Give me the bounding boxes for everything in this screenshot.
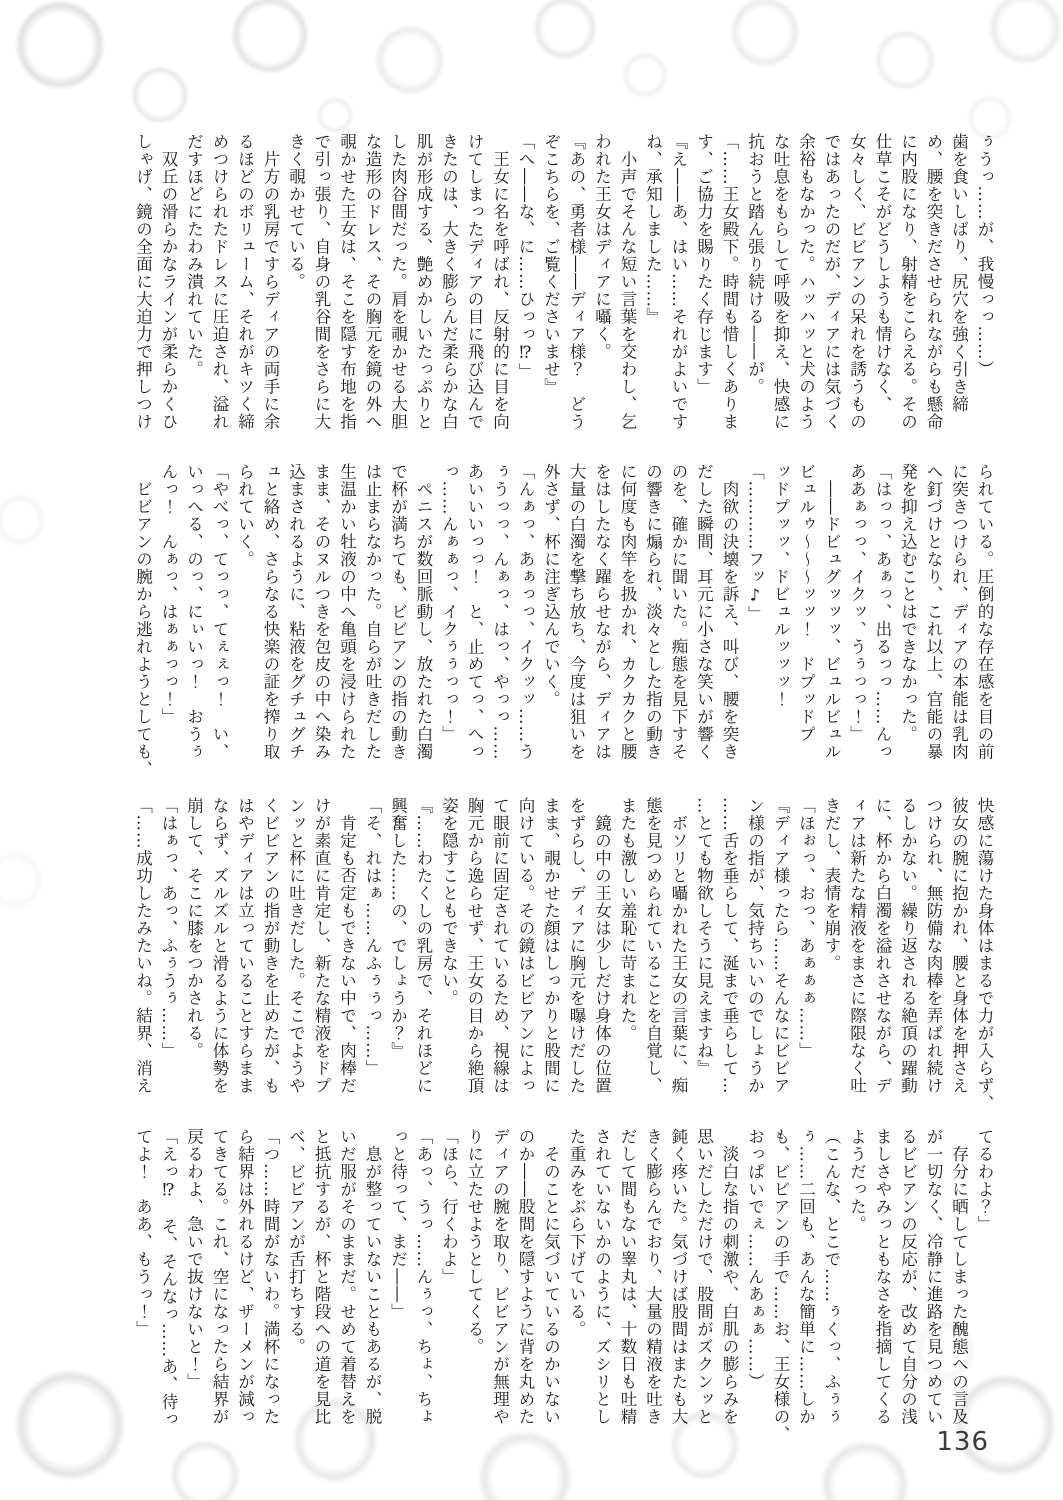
text-column: っと待って、まだ――」	[385, 1128, 411, 1444]
text-column: す、ご協力を賜りたく存じます」	[691, 133, 717, 449]
text-column: きく膨らんでおり、大量の精液を吐き	[640, 1128, 666, 1444]
text-column: んっ！ んぁっ、はぁぁっっ！」	[156, 463, 182, 779]
text-column: 外さず、杯に注ぎ込んでいく。	[538, 463, 564, 779]
text-column: 向けている。その鏡はビビアンによっ	[513, 797, 539, 1113]
text-column: しゃげ、鏡の全面に大迫力で押しつけ	[130, 133, 156, 449]
text-column: ペニスが数回脈動し、放たれた白濁	[411, 463, 437, 779]
text-column: 「やべっ、てっっ、てぇぇっ！ い、	[207, 463, 233, 779]
text-column: めつけられたドレスに圧迫され、溢れ	[207, 133, 233, 449]
text-column: ボソリと囁かれた王女の言葉に、痴	[666, 797, 692, 1113]
text-column: した肉谷間だった。肩を覗かせる大胆	[385, 133, 411, 449]
text-column: で引っ張り、自身の乳谷間をさらに大	[309, 133, 335, 449]
text-column: 覗かせた王女は、そこを隠す布地を指	[334, 133, 360, 449]
text-column: 余裕もなかった。ハッハッと犬のよう	[793, 133, 819, 449]
text-column: 生温かい牡液の中へ亀頭を浸けられた	[334, 463, 360, 779]
text-column: つけられ、無防備な肉棒を弄ばれ続け	[921, 797, 947, 1113]
text-column: ようだった。	[844, 1128, 870, 1444]
text-column: だした瞬間、耳元に小さな笑いが響く	[691, 463, 717, 779]
text-column: 胸元から逸らせず、王女の目から絶頂	[462, 797, 488, 1113]
text-column: ュと絡め、さらなる快楽の証を搾り取	[258, 463, 284, 779]
text-column: 抗おうと踏ん張り続ける――が。	[742, 133, 768, 449]
text-column: いっへる、のっ、にぃいっ！ おうぅ	[181, 463, 207, 779]
text-column: ね、承知しました……』	[640, 133, 666, 449]
text-column: ではあったのだが、ディアには気づく	[819, 133, 845, 449]
text-column: 興奮した……の、でしょうか？』	[385, 797, 411, 1113]
text-column: 「へ――な、に……ひっっ⁉」	[513, 133, 539, 449]
text-column: が一切なく、冷静に進路を見つめてい	[921, 1128, 947, 1444]
text-column: ビュルゥ〜〜〜ッッ！ ドプッドプ	[793, 463, 819, 779]
text-column: ぅうっ……が、我慢っっ……）	[972, 133, 998, 449]
text-column: 『……わたくしの乳房で、それほどに	[411, 797, 437, 1113]
page-number: 136	[936, 1427, 989, 1457]
text-column: おっぱいでぇ……んあぁぁ……）	[742, 1128, 768, 1444]
text-column: 「はっっ、あぁっ、出るっっ……んっ	[870, 463, 896, 779]
text-column: ぅ……二回も、あんな簡単に……しか	[793, 1128, 819, 1444]
text-column: ――ドビュグッッッ、ビュルビュル	[819, 463, 845, 779]
text-column: またも激しい羞恥に苛まれた。	[615, 797, 641, 1113]
text-column: てきてる。これ、空になったら結界が	[207, 1128, 233, 1444]
text-column: をずらし、ディアに胸元を曝けだした	[564, 797, 590, 1113]
text-column: ……舌を垂らして、涎まで垂らして…	[717, 797, 743, 1113]
text-column: はやディアは立っていることすらまま	[232, 797, 258, 1113]
text-column: の響きに煽られ、淡々とした指の動き	[640, 463, 666, 779]
text-column: られていく。	[232, 463, 258, 779]
text-band-3: 快感に蕩けた身体はまるで力が入らず、彼女の腕に抱かれ、腰と身体を押さえつけられ、…	[130, 797, 997, 1113]
text-column: 「……成功したみたいね。結界、消え	[130, 797, 156, 1113]
text-band-2: られている。圧倒的な存在感を目の前に突きつけられ、ディアの本能は乳肉へ釘づけとな…	[130, 463, 997, 779]
text-column: ッドプッッ、ドビュルッッッ！	[768, 463, 794, 779]
text-column: 大量の白濁を撃ち放ち、今度は狙いを	[564, 463, 590, 779]
text-column: をはしたなく躍らせながら、ディアは	[589, 463, 615, 779]
text-column: 発を抑え込むことはできなかった。	[895, 463, 921, 779]
text-column: けが素直に肯定し、新たな精液をドプ	[309, 797, 335, 1113]
text-column: ン様の指が、気持ちいいのでしょうか	[742, 797, 768, 1113]
text-column: そのことに気づいているのかいない	[538, 1128, 564, 1444]
text-column: ンッと杯に吐きだした。そこでようや	[283, 797, 309, 1113]
text-column: べ、ビビアンが舌打ちする。	[283, 1128, 309, 1444]
text-column: 小声でそんな短い言葉を交わし、乞	[615, 133, 641, 449]
text-column: されていないかのように、ズシリとし	[589, 1128, 615, 1444]
text-column: るほどのボリューム、それがキツく締	[232, 133, 258, 449]
text-column: 鏡の中の王女は少しだけ身体の位置	[589, 797, 615, 1113]
text-column: 「…………フッ♪」	[742, 463, 768, 779]
text-column: まま、覗かせた顔はしっかりと股間に	[538, 797, 564, 1113]
text-column: ならず、ズルズルと滑るように体勢を	[207, 797, 233, 1113]
text-column: きだし、表情を崩す。	[819, 797, 845, 1113]
text-column: るビビアンの反応が、改めて自分の浅	[895, 1128, 921, 1444]
text-column: きたのは、大きく膨らんだ柔らかな白	[436, 133, 462, 449]
text-column: 仕草こそがどうしようも情けなく、	[870, 133, 896, 449]
text-column: に内股になり、射精をこらえる。その	[895, 133, 921, 449]
text-column: てよ！ ああ、もうっ！」	[130, 1128, 156, 1444]
text-column: て眼前に固定されているため、視線は	[487, 797, 513, 1113]
text-column: 「つ……時間がないわ。満杯になった	[258, 1128, 284, 1444]
text-column: 「ほぉっ、おっ、あぁぁぁ……」	[793, 797, 819, 1113]
text-column: あいいいっっ！ と、止めてっ、へっ	[462, 463, 488, 779]
text-column: ら結界は外れるけど、ザーメンが減っ	[232, 1128, 258, 1444]
text-column: （こんな、とこで……ぅくっ、ふぅぅ	[819, 1128, 845, 1444]
text-column: に、杯から白濁を溢れさせながら、デ	[870, 797, 896, 1113]
text-column: 「あっ、うっ……んぅっ、ちょ、ちょ	[411, 1128, 437, 1444]
text-column: 「そ、れはぁ……んふぅぅっ……」	[360, 797, 386, 1113]
text-column: られている。圧倒的な存在感を目の前	[972, 463, 998, 779]
text-column: は止まらなかった。自らが吐きだした	[360, 463, 386, 779]
text-column: ディアの腕を取り、ビビアンが無理や	[487, 1128, 513, 1444]
page: ぅうっ……が、我慢っっ……）歯を食いしばり、尻穴を強く引き締め、腰を突きださせら…	[0, 0, 1063, 1500]
text-column: 双丘の滑らかなラインが柔らかくひ	[156, 133, 182, 449]
text-column: いだ服がそのままだ。せめて着替えを	[334, 1128, 360, 1444]
text-column: 姿を隠すこともできない。	[436, 797, 462, 1113]
text-column: め、腰を突きださせられながらも懸命	[921, 133, 947, 449]
text-column: ィアは新たな精液をまさに際限なく吐	[844, 797, 870, 1113]
text-column: 肉欲の決壊を訴え、叫び、腰を突き	[717, 463, 743, 779]
text-column: てるわよ？」	[972, 1128, 998, 1444]
text-column: 「……王女殿下。時間も惜しくありま	[717, 133, 743, 449]
text-column: 『ディア様ったら……そんなにビビア	[768, 797, 794, 1113]
text-column: 態を見つめられていることを自覚し、	[640, 797, 666, 1113]
text-column: われた王女はディアに囁く。	[589, 133, 615, 449]
text-column: な造形のドレス、その胸元を鏡の外へ	[360, 133, 386, 449]
text-column: も、ビビアンの手で……お、王女様の、	[768, 1128, 794, 1444]
text-column: 「えっ⁉ そ、そんなっ……あ、待っ	[156, 1128, 182, 1444]
text-column: 込まされるように、粘液をグチュグチ	[283, 463, 309, 779]
text-column: ああぁっっ、イクッ、うぅっっ！」	[844, 463, 870, 779]
text-column: 王女に名を呼ばれ、反射的に目を向	[487, 133, 513, 449]
text-column: ましさやみっともなさを指摘してくる	[870, 1128, 896, 1444]
text-column: だして間もない睾丸は、十数日も吐精	[615, 1128, 641, 1444]
text-column: た重みをぶら下げている。	[564, 1128, 590, 1444]
text-column: るしかない。繰り返される絶頂の躍動	[895, 797, 921, 1113]
text-column: 女々しく、ビビアンの呆れを誘うもの	[844, 133, 870, 449]
text-column: のを、確かに聞いた。痴態を見下すそ	[666, 463, 692, 779]
text-column: きく覗かせている。	[283, 133, 309, 449]
text-column: のか――股間を隠すように背を丸めた	[513, 1128, 539, 1444]
text-column: りに立たせようとしてくる。	[462, 1128, 488, 1444]
text-band-1: ぅうっ……が、我慢っっ……）歯を食いしばり、尻穴を強く引き締め、腰を突きださせら…	[130, 133, 997, 449]
text-column: 戻るわよ、急いで抜けないと！」	[181, 1128, 207, 1444]
text-column: だすほどにたわみ潰れていた。	[181, 133, 207, 449]
text-column: 『あの、勇者様――ディア様？ どう	[564, 133, 590, 449]
text-column: 崩して、そこに膝をつかされる。	[181, 797, 207, 1113]
text-column: 淡白な指の刺激や、白肌の膨らみを	[717, 1128, 743, 1444]
text-column: へ釘づけとなり、これ以上、官能の暴	[921, 463, 947, 779]
text-column: 「はぁっ、あっ、ふぅうぅ……」	[156, 797, 182, 1113]
text-column: と抵抗するが、杯と階段への道を見比	[309, 1128, 335, 1444]
text-column: 彼女の腕に抱かれ、腰と身体を押さえ	[946, 797, 972, 1113]
text-column: っ……んぁぁっ、イクぅぅっっ！」	[436, 463, 462, 779]
text-column: 肌が形成する、艶めかしいたっぷりと	[411, 133, 437, 449]
text-column: な吐息をもらして呼吸を抑え、快感に	[768, 133, 794, 449]
text-column: に何度も肉竿を扱かれ、カクカクと腰	[615, 463, 641, 779]
text-column: 存分に晒してしまった醜態への言及	[946, 1128, 972, 1444]
text-column: 息が整っていないこともあるが、脱	[360, 1128, 386, 1444]
text-column: 肯定も否定もできない中で、肉棒だ	[334, 797, 360, 1113]
text-column: 歯を食いしばり、尻穴を強く引き締	[946, 133, 972, 449]
text-band-4: てるわよ？」 存分に晒してしまった醜態への言及が一切なく、冷静に進路を見つめてい…	[130, 1128, 997, 1444]
text-column: くビビアンの指が動きを止めたが、も	[258, 797, 284, 1113]
text-column: に突きつけられ、ディアの本能は乳肉	[946, 463, 972, 779]
text-column: けてしまったディアの目に飛び込んで	[462, 133, 488, 449]
text-column: 快感に蕩けた身体はまるで力が入らず、	[972, 797, 998, 1113]
text-column: ビビアンの腕から逃れようとしても、	[130, 463, 156, 779]
text-column: で杯が満ちても、ビビアンの指の動き	[385, 463, 411, 779]
text-column: 片方の乳房ですらディアの両手に余	[258, 133, 284, 449]
text-column: まま、そのヌルつきを包皮の中へ染み	[309, 463, 335, 779]
text-column: ぞこちらを、ご覧くださいませ』	[538, 133, 564, 449]
text-column: 「んぁっ、あぁっっ、イクッッ……う	[513, 463, 539, 779]
text-column: 『え――あ、はい……それがよいです	[666, 133, 692, 449]
text-column: 思いだしただけで、股間がズクンッと	[691, 1128, 717, 1444]
text-column: ぅうっっ、んぁっ、はっ、やっっ……	[487, 463, 513, 779]
text-column: 「ほら、行くわよ」	[436, 1128, 462, 1444]
text-column: 鈍く疼いた。気づけば股間はまたも大	[666, 1128, 692, 1444]
text-column: …とても物欲しそうに見えますね』	[691, 797, 717, 1113]
